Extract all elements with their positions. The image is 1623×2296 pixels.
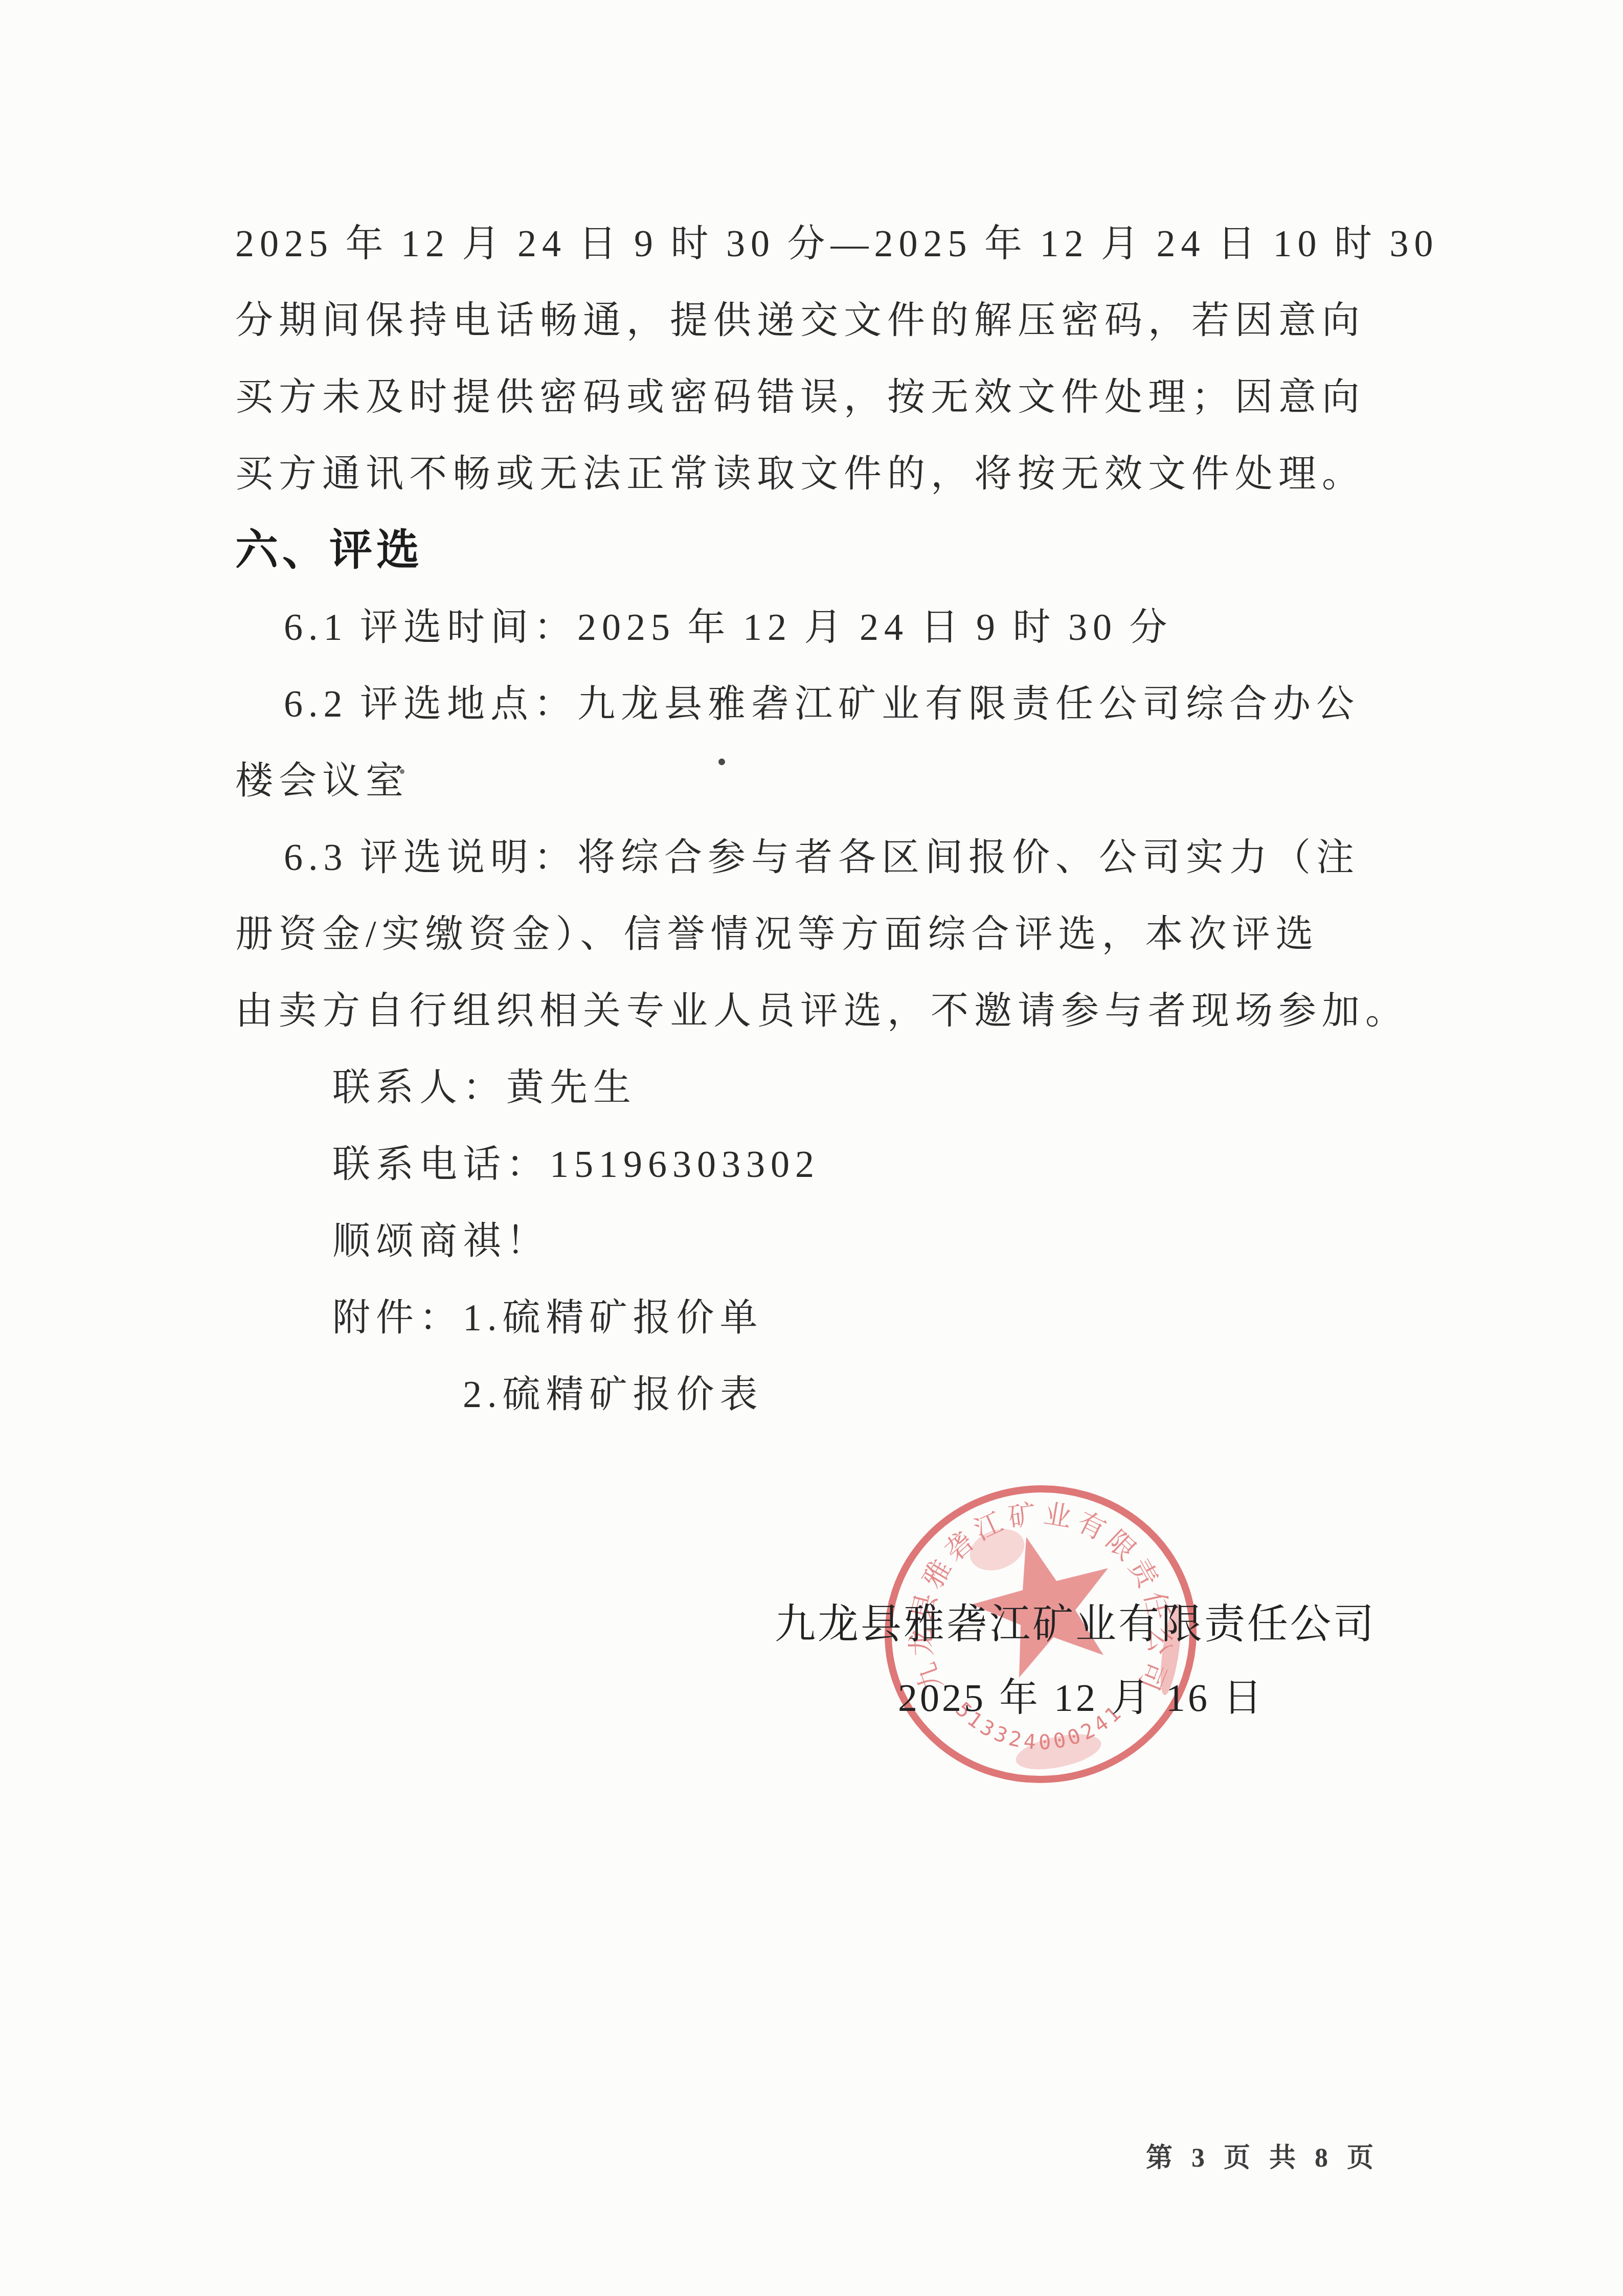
scan-speck-icon [400,769,404,774]
scan-speck-icon [718,759,725,765]
document-line: 6.2 评选地点：九龙县雅砻江矿业有限责任公司综合办公 [235,666,1442,743]
document-line: 册资金/实缴资金）、信誉情况等方面综合评选，本次评选 [235,896,1442,973]
document-line: 分期间保持电话畅通，提供递交文件的解压密码，若因意向 [235,282,1442,359]
page-number-indicator: 第 3 页 共 8 页 [1146,2136,1379,2174]
document-line: 6.1 评选时间：2025 年 12 月 24 日 9 时 30 分 [235,589,1442,666]
document-line: 由卖方自行组织相关专业人员评选，不邀请参与者现场参加。 [235,973,1442,1050]
document-line: 附件：1.硫精矿报价单 [235,1280,1442,1356]
document-line: 联系电话：15196303302 [235,1126,1442,1203]
document-line: 买方通讯不畅或无法正常读取文件的，将按无效文件处理。 [235,436,1442,512]
document-line: 顺颂商祺！ [235,1203,1442,1280]
document-line: 联系人：黄先生 [235,1050,1442,1126]
signature-company-name: 九龙县雅砻江矿业有限责任公司 [775,1591,1376,1649]
section-heading: 六、评选 [235,512,1442,589]
document-body: 2025 年 12 月 24 日 9 时 30 分—2025 年 12 月 24… [235,206,1442,1433]
document-line: 买方未及时提供密码或密码错误，按无效文件处理；因意向 [235,359,1442,436]
signature-date: 2025 年 12 月 16 日 [898,1666,1265,1722]
document-line: 2.硫精矿报价表 [235,1356,1442,1433]
document-line: 2025 年 12 月 24 日 9 时 30 分—2025 年 12 月 24… [235,206,1442,282]
scanned-document-page: 九龙县雅砻江矿业有限责任公司 5133240002413 2025 年 12 月… [0,0,1623,2296]
document-line: 楼会议室 [235,743,1442,819]
document-line: 6.3 评选说明：将综合参与者各区间报价、公司实力（注 [235,819,1442,896]
